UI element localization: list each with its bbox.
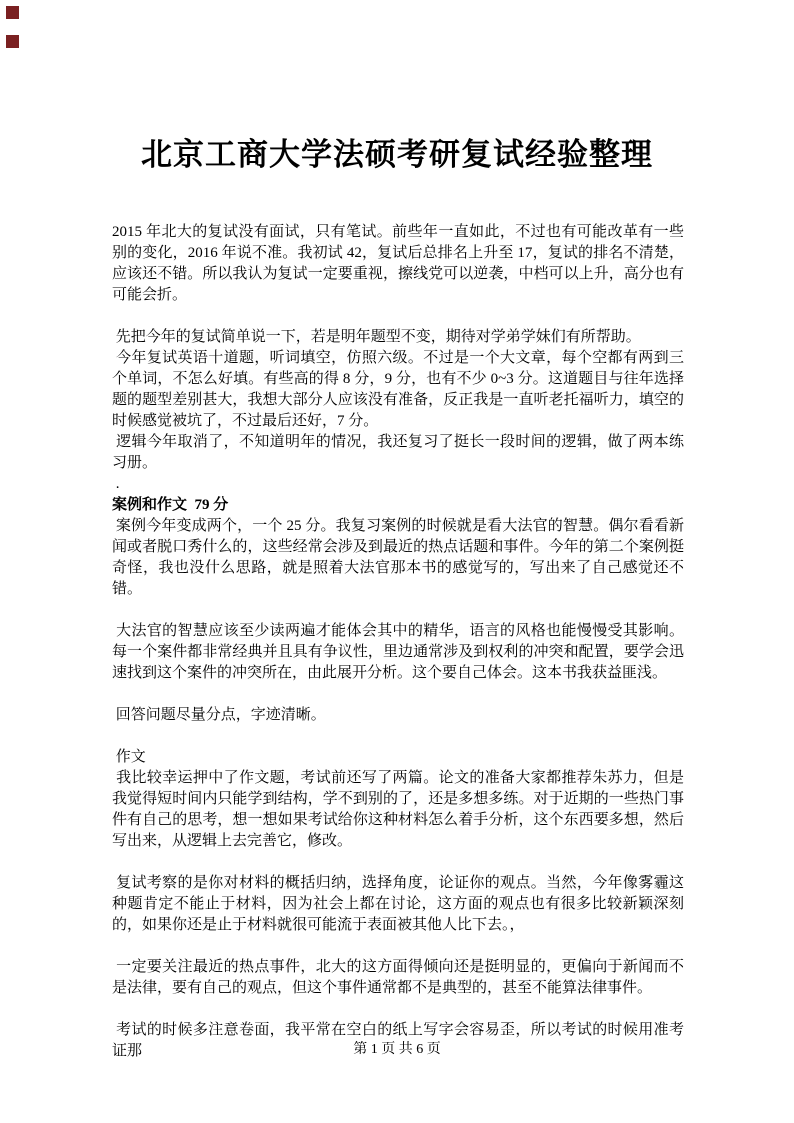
stray-dot-line: .	[112, 474, 684, 495]
blank-line	[112, 600, 684, 621]
blank-line	[112, 684, 684, 705]
blank-line	[112, 999, 684, 1020]
paragraph: 案例今年变成两个，一个 25 分。我复习案例的时候就是看大法官的智慧。偶尔看看新…	[112, 516, 684, 600]
document-title: 北京工商大学法硕考研复试经验整理	[0, 0, 794, 174]
red-square-marker-top	[6, 6, 19, 19]
paragraph: 大法官的智慧应该至少读两遍才能体会其中的精华，语言的风格也能慢慢受其影响。每一个…	[112, 621, 684, 684]
paragraph: 今年复试英语十道题，听词填空，仿照六级。不过是一个大文章，每个空都有两到三个单词…	[112, 348, 684, 432]
blank-line	[112, 726, 684, 747]
blank-line	[112, 852, 684, 873]
page-footer: 第 1 页 共 6 页	[0, 1041, 794, 1059]
section-heading: 案例和作文 79 分	[112, 495, 684, 516]
paragraph: 复试考察的是你对材料的概括归纳，选择角度，论证你的观点。当然，今年像雾霾这种题肯…	[112, 873, 684, 936]
paragraph: 一定要关注最近的热点事件，北大的这方面得倾向还是挺明显的，更偏向于新闻而不是法律…	[112, 957, 684, 999]
paragraph: 我比较幸运押中了作文题，考试前还写了两篇。论文的准备大家都推荐朱苏力，但是我觉得…	[112, 768, 684, 852]
blank-line	[112, 936, 684, 957]
page-number-text: 第 1 页 共 6 页	[353, 1042, 441, 1057]
document-page: 北京工商大学法硕考研复试经验整理 2015 年北大的复试没有面试，只有笔试。前些…	[0, 0, 794, 1123]
paragraph: 先把今年的复试简单说一下，若是明年题型不变，期待对学弟学妹们有所帮助。	[112, 327, 684, 348]
paragraph: 逻辑今年取消了，不知道明年的情况，我还复习了挺长一段时间的逻辑，做了两本练习册。	[112, 432, 684, 474]
paragraph: 2015 年北大的复试没有面试，只有笔试。前些年一直如此，不过也有可能改革有一些…	[112, 222, 684, 306]
paragraph: 作文	[112, 747, 684, 768]
paragraph: 回答问题尽量分点，字迹清晰。	[112, 705, 684, 726]
document-body: 2015 年北大的复试没有面试，只有笔试。前些年一直如此，不过也有可能改革有一些…	[112, 222, 684, 1062]
red-square-marker-bottom	[6, 35, 19, 48]
blank-line	[112, 306, 684, 327]
